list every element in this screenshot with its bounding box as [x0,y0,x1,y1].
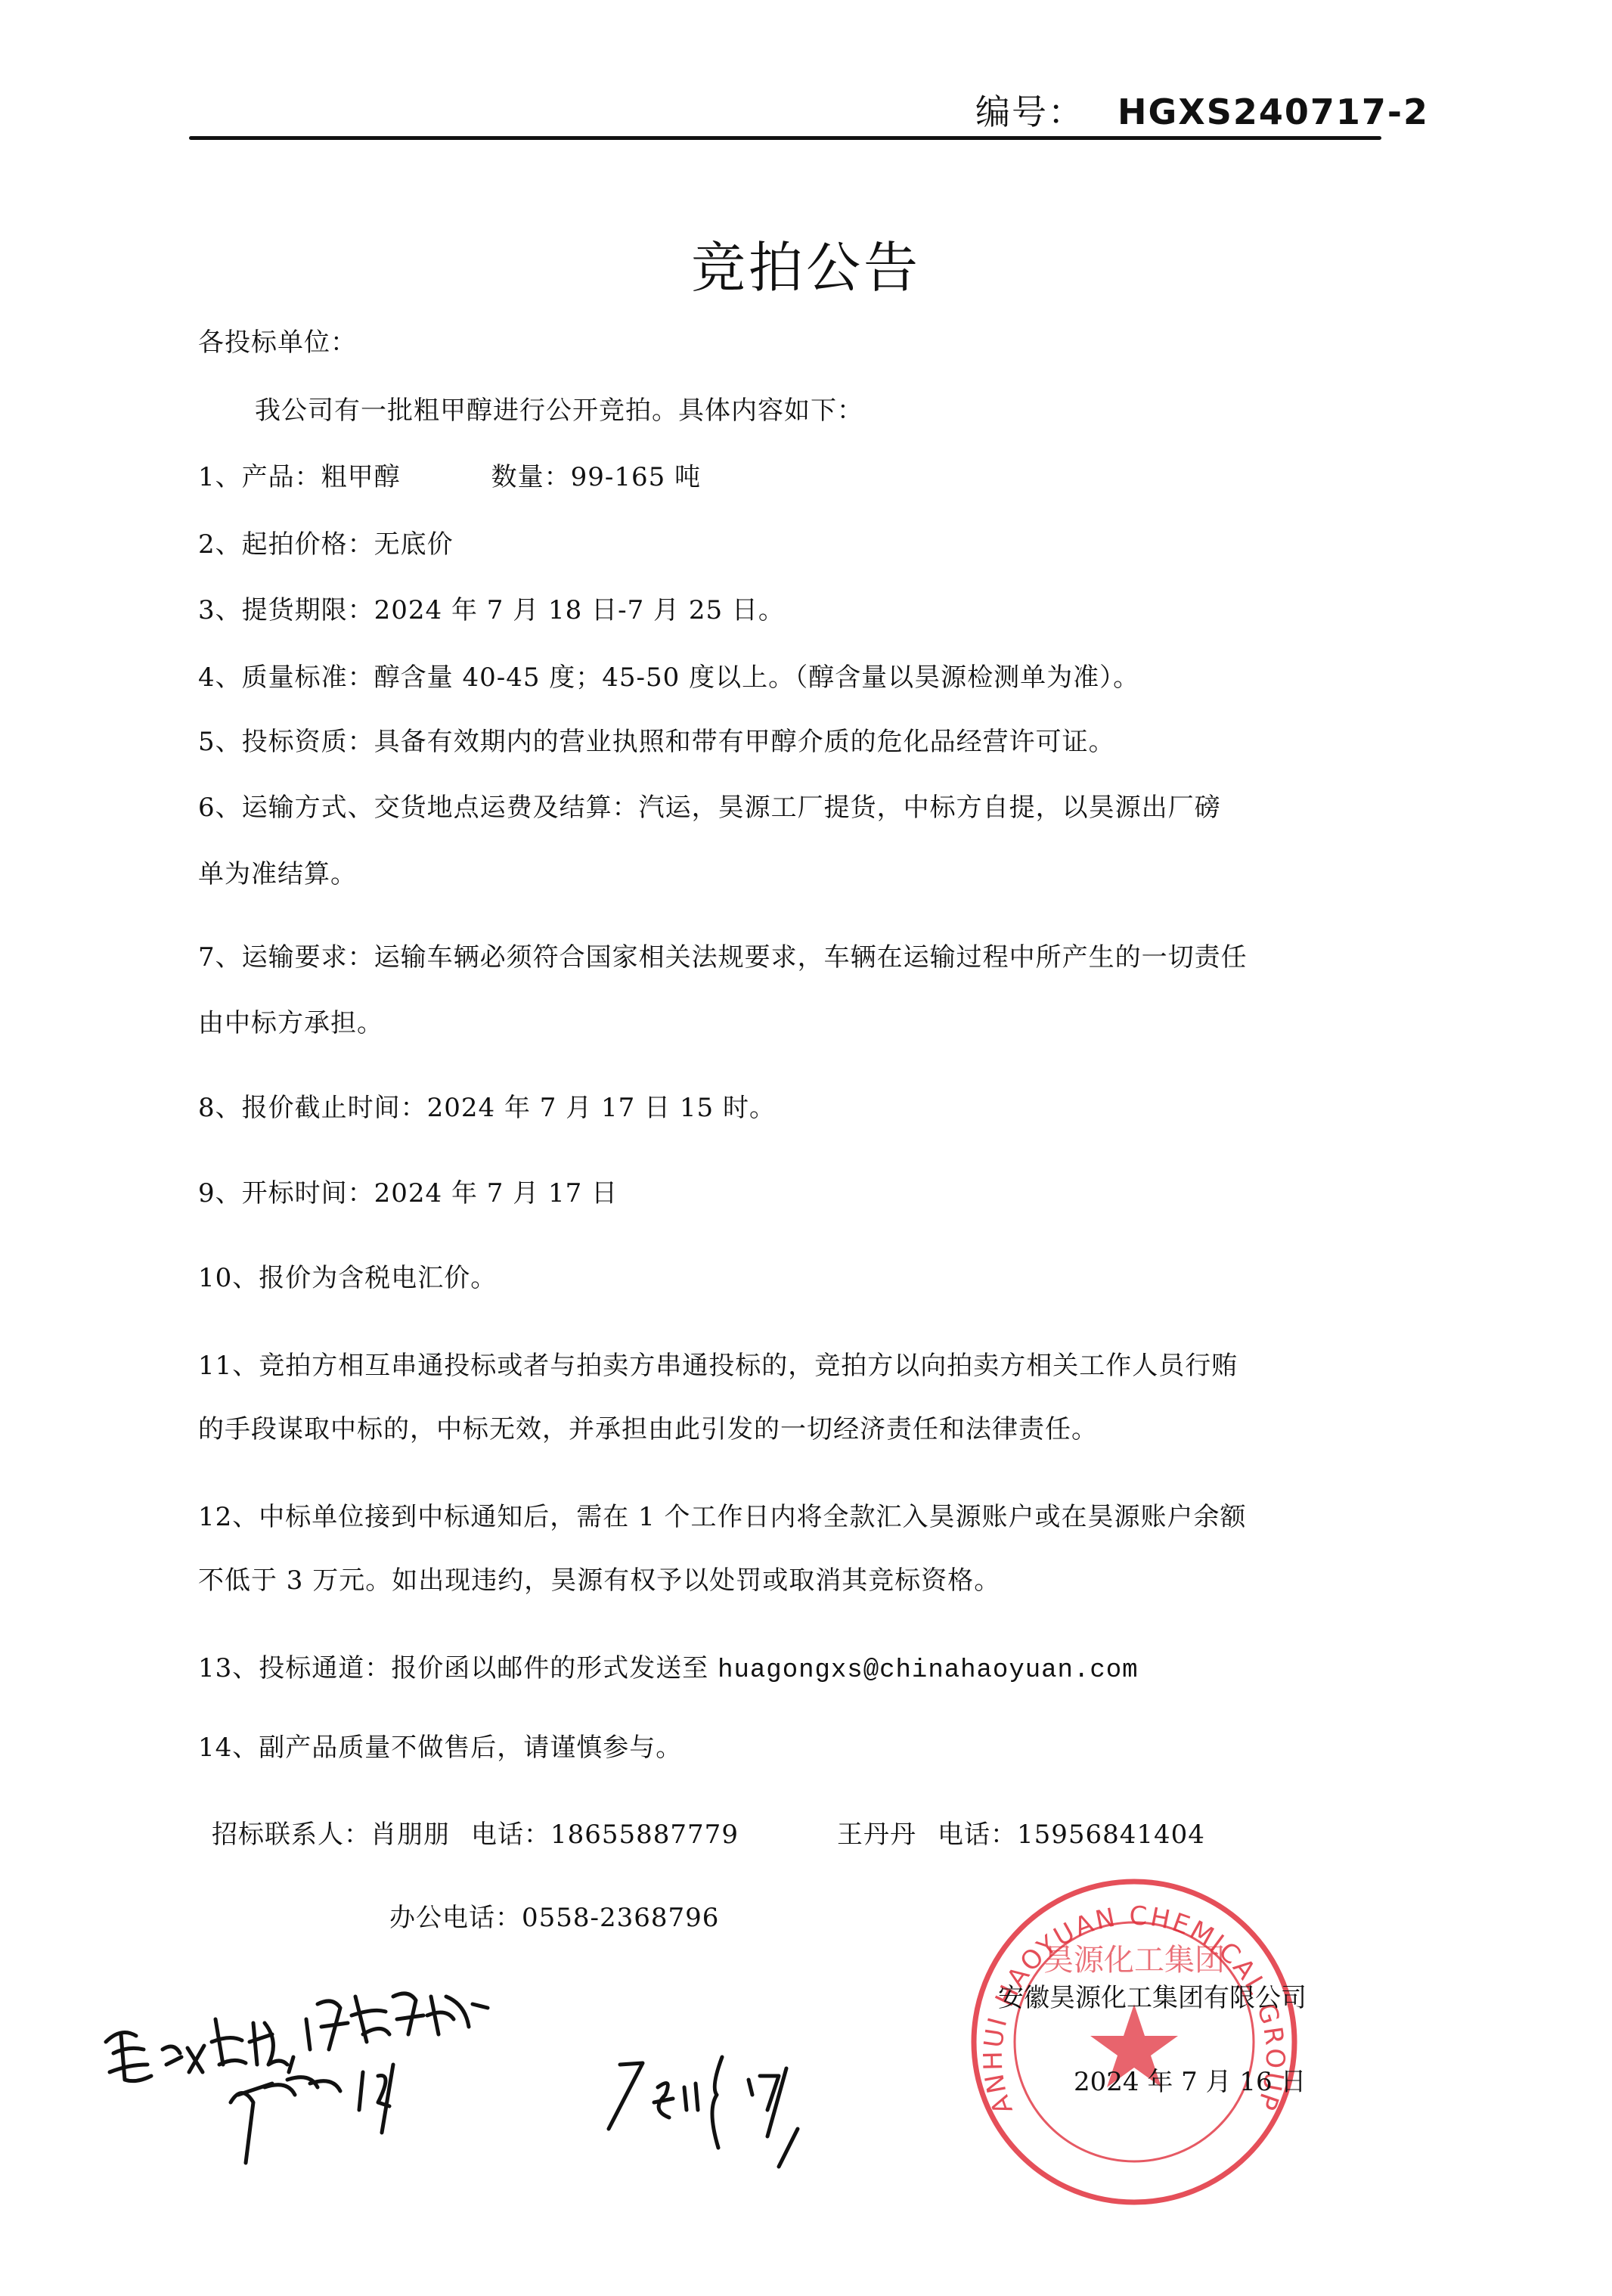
document-number: 编号：HGXS240717-2 [975,85,1429,135]
office-phone: 办公电话：0558-2368796 [389,1897,719,1934]
item-6-line-2: 单为准结算。 [198,853,357,890]
contacts-row: 招标联系人：肖朋朋电话：18655887779王丹丹电话：15956841404 [212,1814,1205,1851]
item-9: 9、开标时间：2024 年 7 月 17 日 [198,1172,618,1209]
item-12-line-1: 12、中标单位接到中标通知后，需在 1 个工作日内将全款汇入昊源账户或在昊源账户… [198,1496,1247,1533]
company-name: 安徽昊源化工集团有限公司 [998,1977,1307,2014]
item-3: 3、提货期限：2024 年 7 月 18 日-7 月 25 日。 [198,589,785,626]
document-number-value: HGXS240717-2 [1118,92,1429,132]
item-10: 10、报价为含税电汇价。 [198,1257,497,1294]
salutation: 各投标单位： [198,321,357,358]
signature-date: 2024 年 7 月 16 日 [1074,2061,1306,2098]
item-11-line-1: 11、竞拍方相互串通投标或者与拍卖方串通投标的，竞拍方以向拍卖方相关工作人员行贿 [198,1345,1238,1382]
item-13-text: 13、投标通道：报价函以邮件的形式发送至 [198,1653,718,1683]
item-12-line-2: 不低于 3 万元。如出现违约，昊源有权予以处罚或取消其竞标资格。 [198,1559,1000,1596]
item-2: 2、起拍价格：无底价 [198,523,454,560]
handwritten-note [91,1951,575,2178]
item-1: 1、产品：粗甲醇数量：99-165 吨 [198,456,701,493]
contact-1-name: 肖朋朋 [370,1820,450,1850]
item-6-line-1: 6、运输方式、交货地点运费及结算：汽运，昊源工厂提货，中标方自提，以昊源出厂磅 [198,787,1221,824]
contact-2-name: 王丹丹 [837,1820,916,1850]
document-number-label: 编号： [975,92,1084,132]
item-7-line-2: 由中标方承担。 [198,1002,383,1039]
contact-1-phone: 电话：18655887779 [471,1820,739,1850]
item-4: 4、质量标准：醇含量 40-45 度；45-50 度以上。（醇含量以昊源检测单为… [198,656,1139,693]
header-divider [189,136,1381,140]
intro-paragraph: 我公司有一批粗甲醇进行公开竞拍。具体内容如下： [255,389,863,427]
company-seal-stamp: ANHUI HAOYUAN CHEMICAL GROUP CO.,LTD. 昊源… [968,1876,1300,2208]
item-13: 13、投标通道：报价函以邮件的形式发送至 huagongxs@chinahaoy… [198,1647,1139,1685]
item-1-product: 1、产品：粗甲醇 [198,462,401,492]
item-5: 5、投标资质：具备有效期内的营业执照和带有甲醇介质的危化品经营许可证。 [198,721,1115,758]
email-link[interactable]: huagongxs@chinahaoyuan.com [718,1656,1139,1685]
svg-text:昊源化工集团: 昊源化工集团 [1043,1943,1225,1978]
item-1-quantity: 数量：99-165 吨 [491,462,701,492]
item-11-line-2: 的手段谋取中标的，中标无效，并承担由此引发的一切经济责任和法律责任。 [198,1408,1098,1445]
contacts-label: 招标联系人： [212,1820,370,1850]
page-title: 竞拍公告 [0,224,1612,303]
item-8: 8、报价截止时间：2024 年 7 月 17 日 15 时。 [198,1087,776,1124]
contact-2-phone: 电话：15956841404 [938,1820,1205,1850]
item-14: 14、副产品质量不做售后，请谨慎参与。 [198,1727,682,1764]
item-7-line-1: 7、运输要求：运输车辆必须符合国家相关法规要求，车辆在运输过程中所产生的一切责任 [198,936,1248,973]
handwritten-approval-signature [597,2042,870,2178]
